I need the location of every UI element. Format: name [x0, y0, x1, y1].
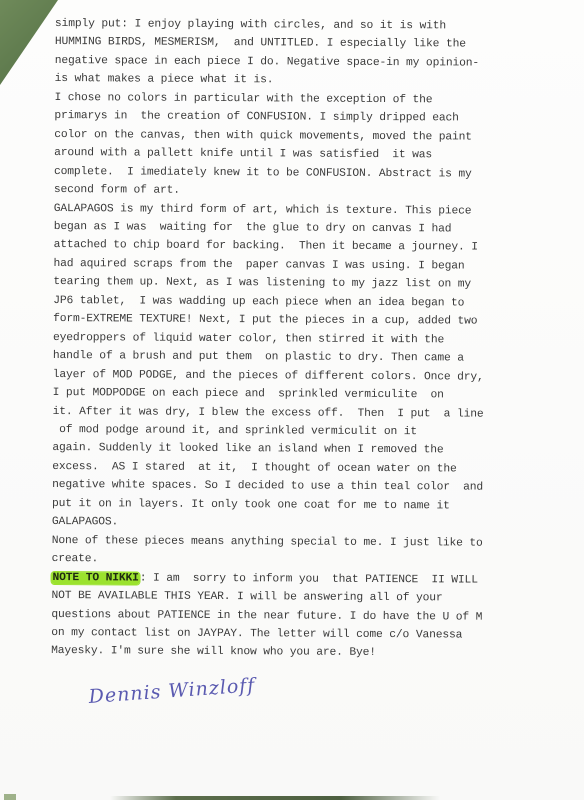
note-first-line-text: : I am sorry to inform you that PATIENCE…: [140, 572, 478, 586]
text-line: Mayesky. I'm sure she will know who you …: [51, 642, 521, 663]
scanned-page: simply put: I enjoy playing with circles…: [0, 0, 584, 800]
text-line: primarys in the creation of CONFUSION. I…: [54, 107, 524, 128]
text-line: around with a pallett knife until I was …: [54, 144, 524, 165]
scan-edge-mark: [4, 794, 16, 800]
text-line: None of these pieces means anything spec…: [52, 532, 522, 553]
highlighted-note-label: NOTE TO NIKKI: [52, 572, 140, 585]
folded-corner: [0, 0, 58, 85]
text-line: NOT BE AVAILABLE THIS YEAR. I will be an…: [51, 587, 521, 608]
scan-bottom-edge: [110, 796, 440, 800]
text-line: handle of a brush and put them on plasti…: [53, 347, 523, 368]
text-line: form-EXTREME TEXTURE! Next, I put the pi…: [53, 310, 523, 331]
text-line: I put MODPODGE on each piece and sprinkl…: [53, 384, 523, 405]
note-paragraph: NOT BE AVAILABLE THIS YEAR. I will be an…: [51, 587, 521, 664]
text-line: second form of art.: [54, 181, 524, 202]
text-line: put it on in layers. It only took one co…: [52, 495, 522, 516]
handwritten-signature: Dennis Winzloff: [88, 674, 256, 708]
body-paragraphs: simply put: I enjoy playing with circles…: [52, 15, 525, 571]
typed-letter-body: simply put: I enjoy playing with circles…: [51, 15, 525, 664]
